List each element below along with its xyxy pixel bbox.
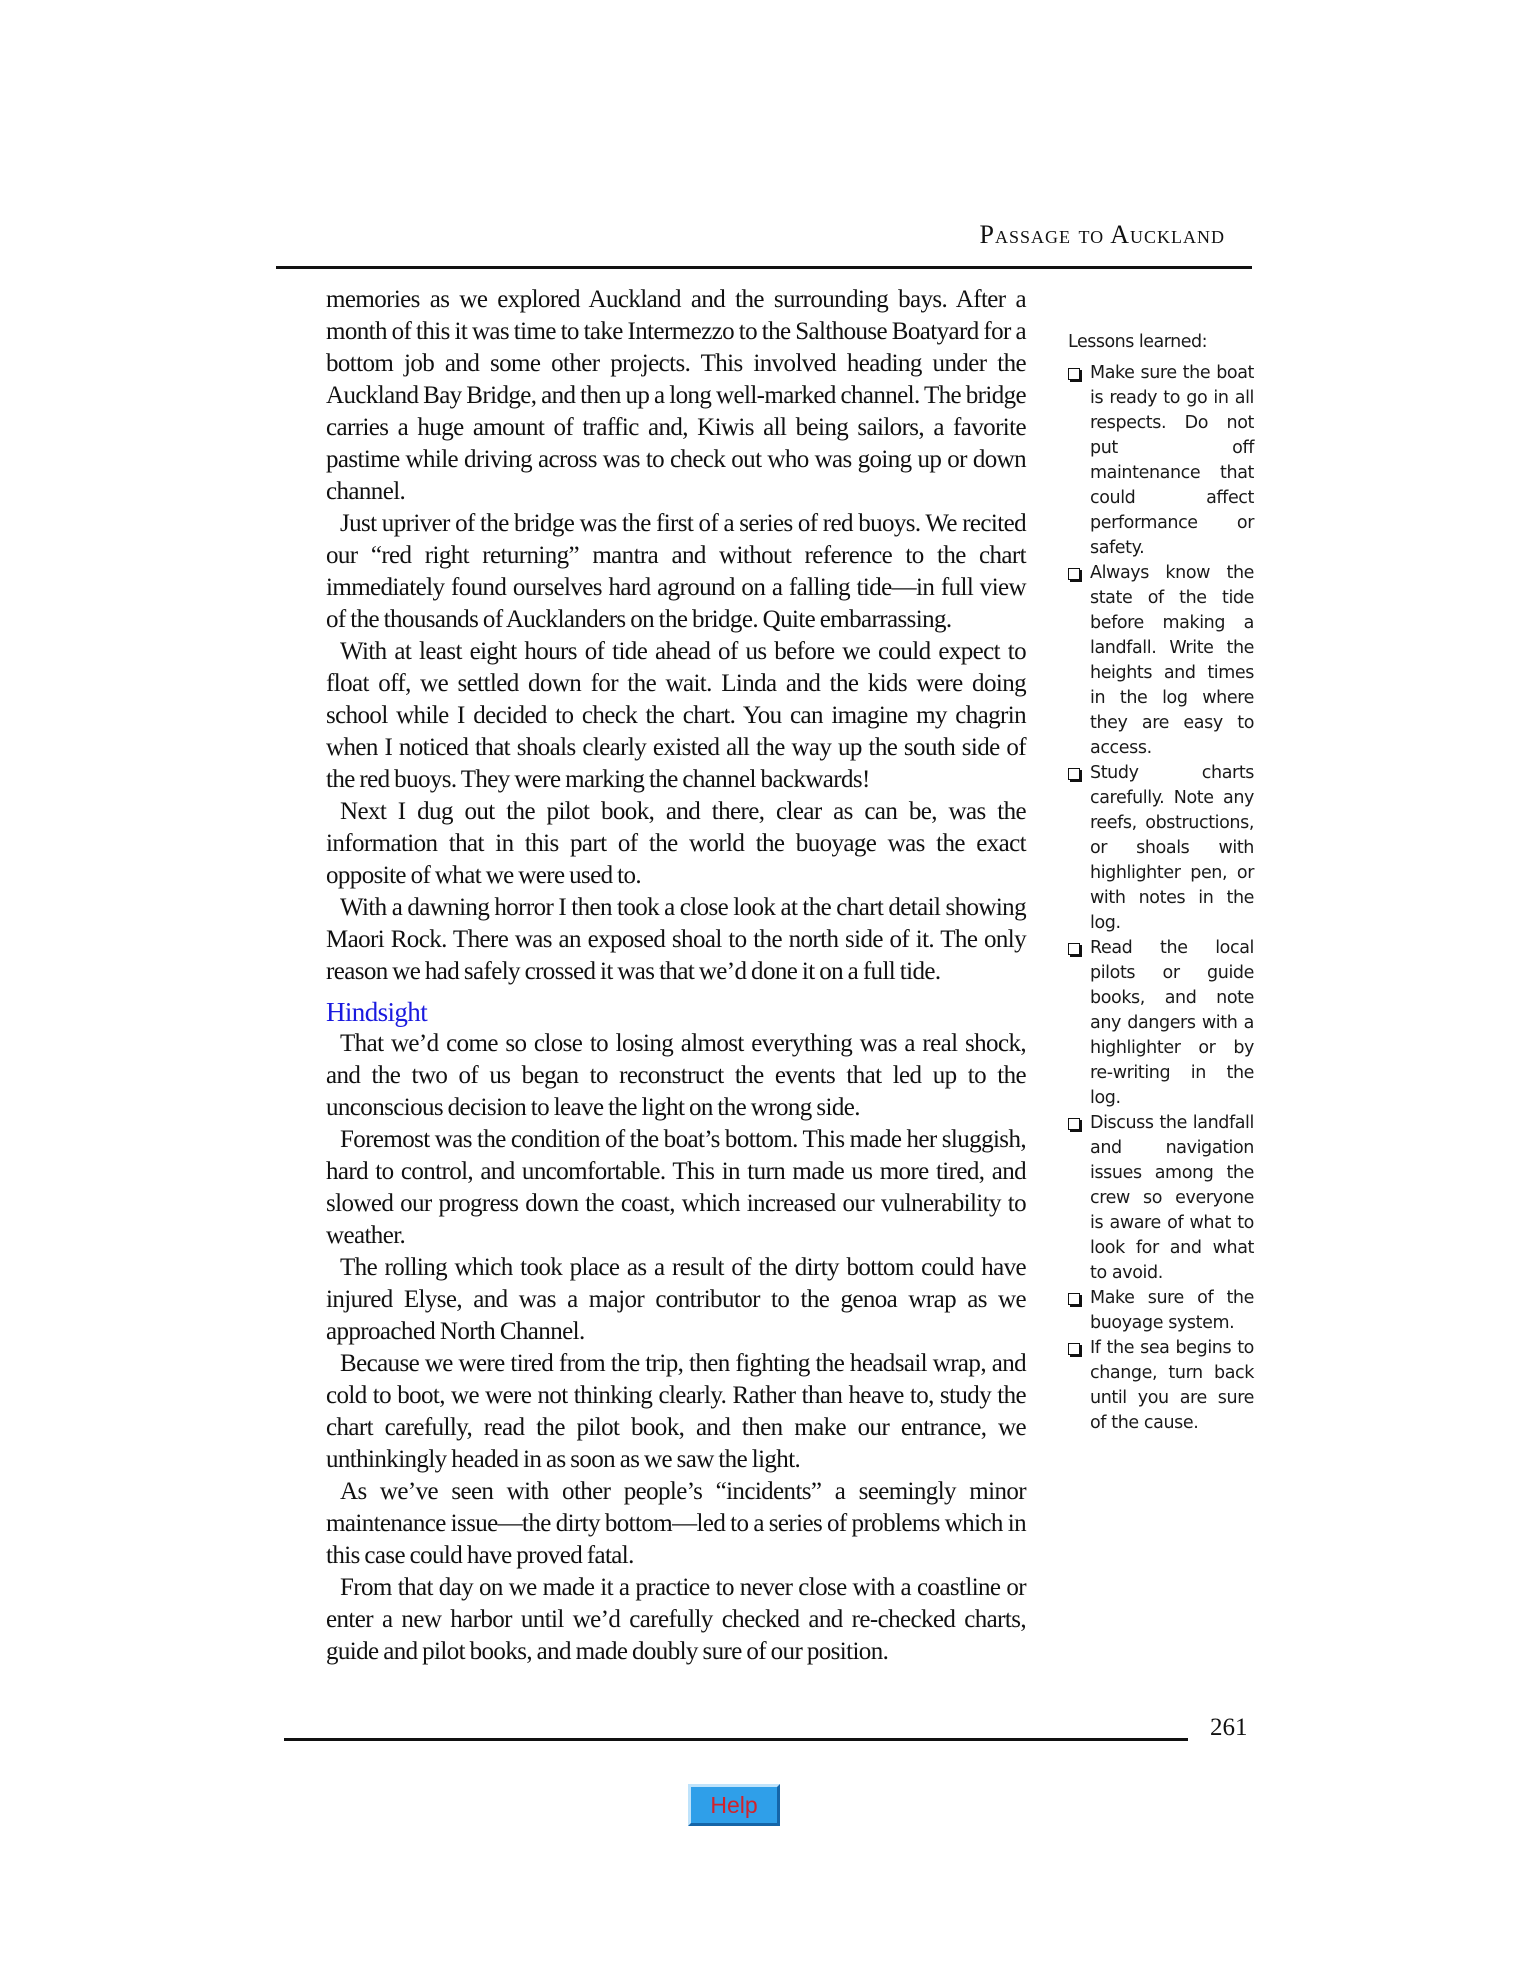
main-text-column: memories as we explored Auckland and the… [326,284,1026,1668]
lessons-sidebar: Lessons learned: Make sure the boat is r… [1068,330,1254,1436]
paragraph: Just upriver of the bridge was the first… [326,508,1026,636]
lesson-text: Make sure the boat is ready to go in all… [1090,361,1254,561]
lesson-text: Always know the state of the tide before… [1090,561,1254,761]
checkbox-icon [1068,568,1086,580]
checkbox-icon [1068,768,1086,780]
lesson-item: If the sea begins to change, turn back u… [1068,1336,1254,1436]
running-head: Passage to Auckland [980,220,1225,250]
help-button[interactable]: Help [688,1784,780,1826]
paragraph: From that day on we made it a practice t… [326,1572,1026,1668]
lesson-text: Make sure of the buoyage system. [1090,1286,1254,1336]
header-rule [276,266,1252,269]
checkbox-icon [1068,368,1086,380]
checkbox-icon [1068,1343,1086,1355]
checkbox-icon [1068,1293,1086,1305]
lesson-text: If the sea begins to change, turn back u… [1090,1336,1254,1436]
paragraph: Foremost was the condition of the boat’s… [326,1124,1026,1252]
checkbox-icon [1068,1118,1086,1130]
lesson-item: Make sure of the buoyage system. [1068,1286,1254,1336]
paragraph: Because we were tired from the trip, the… [326,1348,1026,1476]
paragraph: With at least eight hours of tide ahead … [326,636,1026,796]
lesson-item: Discuss the landfall and navigation issu… [1068,1111,1254,1286]
paragraph: As we’ve seen with other people’s “incid… [326,1476,1026,1572]
lesson-text: Discuss the landfall and navigation issu… [1090,1111,1254,1286]
sidebar-title: Lessons learned: [1068,330,1254,355]
paragraph: That we’d come so close to losing almost… [326,1028,1026,1124]
lesson-text: Read the local pilots or guide books, an… [1090,936,1254,1111]
section-heading-hindsight: Hindsight [326,996,1026,1028]
lesson-item: Always know the state of the tide before… [1068,561,1254,761]
lesson-item: Study charts carefully. Note any reefs, … [1068,761,1254,936]
paragraph: memories as we explored Auckland and the… [326,284,1026,508]
paragraph: Next I dug out the pilot book, and there… [326,796,1026,892]
lesson-item: Make sure the boat is ready to go in all… [1068,361,1254,561]
page-number: 261 [1210,1714,1248,1742]
paragraph: The rolling which took place as a result… [326,1252,1026,1348]
lesson-text: Study charts carefully. Note any reefs, … [1090,761,1254,936]
footer-rule [284,1738,1188,1741]
checkbox-icon [1068,943,1086,955]
paragraph: With a dawning horror I then took a clos… [326,892,1026,988]
lesson-item: Read the local pilots or guide books, an… [1068,936,1254,1111]
